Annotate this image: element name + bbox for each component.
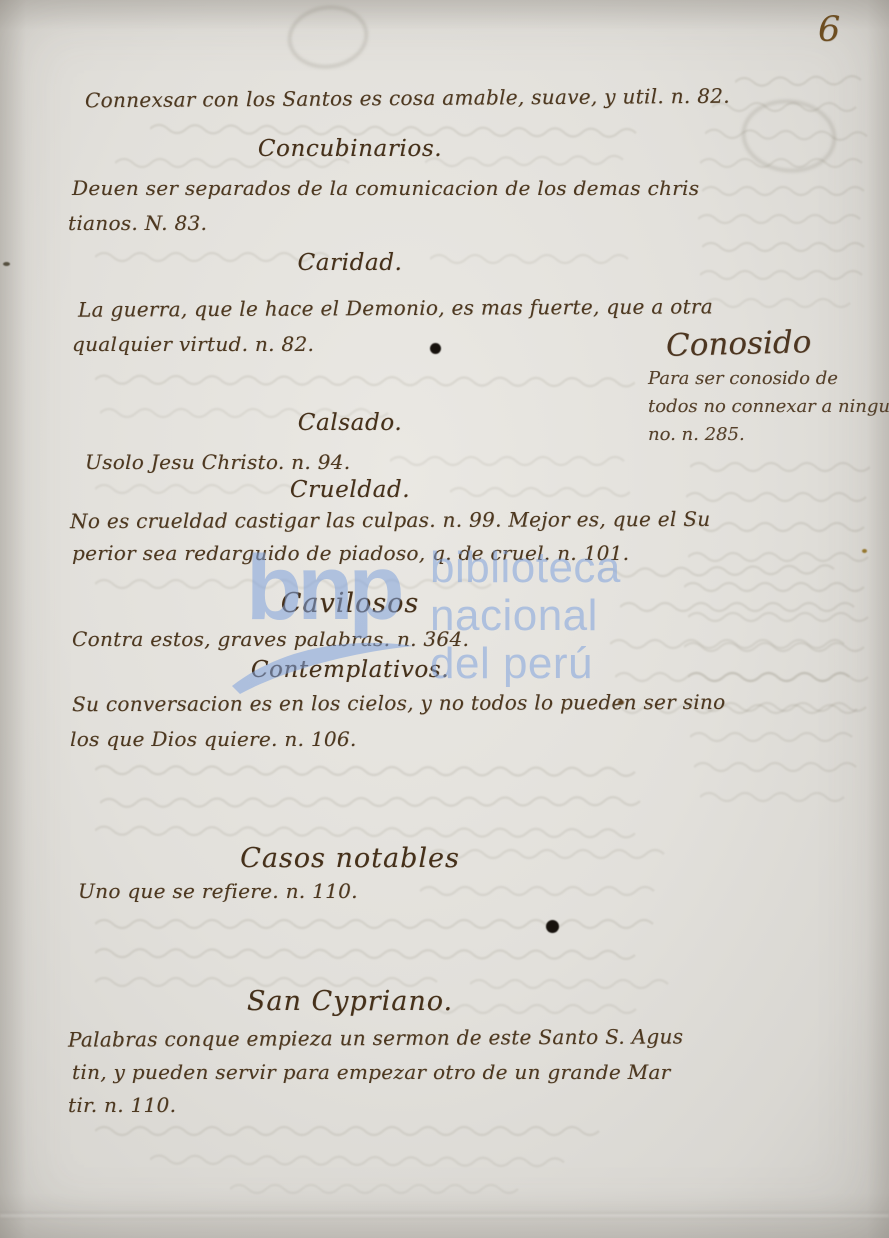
bleed-through-line <box>95 761 650 781</box>
bleed-through-line <box>100 792 650 812</box>
bleed-through-line <box>702 182 872 200</box>
paper-speck <box>618 700 624 705</box>
paper-speck <box>862 549 867 553</box>
bleed-through-line <box>712 98 872 116</box>
bleed-through-line <box>420 882 670 900</box>
bleed-through-line <box>700 154 870 172</box>
bleed-through-line <box>705 125 873 146</box>
bleed-through-line <box>684 578 872 596</box>
bleed-through-line <box>688 668 870 686</box>
bleed-through-line <box>230 1180 530 1198</box>
margin-note-heading: Conosido <box>666 324 812 364</box>
bleed-through-ornament <box>284 1 372 74</box>
ink-dot <box>430 343 441 354</box>
bleed-through-line <box>95 371 635 392</box>
bleed-through-line <box>684 638 872 656</box>
manuscript-line: los que Dios quiere. n. 106. <box>70 727 357 751</box>
manuscript-line: Usolo Jesu Christo. n. 94. <box>85 450 350 474</box>
paper-crease <box>0 1212 889 1219</box>
section-heading: Crueldad. <box>60 477 640 503</box>
manuscript-line: tir. n. 110. <box>68 1093 176 1117</box>
manuscript-line: qualquier virtud. n. 82. <box>72 332 314 356</box>
bleed-through-line <box>95 915 655 933</box>
bleed-through-line <box>390 452 630 470</box>
manuscript-line: La guerra, que le hace el Demonio, es ma… <box>78 294 713 321</box>
manuscript-line: tin, y pueden servir para empezar otro d… <box>72 1060 671 1084</box>
bleed-through-line <box>95 944 650 964</box>
manuscript-line: Contra estos, graves palabras. n. 364. <box>72 627 469 651</box>
manuscript-line: perior sea redarguido de piadoso, q. de … <box>72 541 629 565</box>
section-heading: Casos notables <box>60 843 640 874</box>
manuscript-line: No es crueldad castigar las culpas. n. 9… <box>70 507 710 533</box>
section-heading: Cavilosos <box>60 588 640 619</box>
bleed-through-line <box>700 266 865 284</box>
section-heading: San Cypriano. <box>60 986 640 1017</box>
manuscript-line: Palabras conque empieza un sermon de est… <box>68 1024 683 1051</box>
manuscript-line: Deuen ser separados de la comunicacion d… <box>72 176 699 200</box>
manuscript-line: Su conversacion es en los cielos, y no t… <box>72 690 726 716</box>
bleed-through-line <box>688 608 872 626</box>
bleed-through-line <box>684 518 872 536</box>
section-heading: Concubinarios. <box>60 136 640 162</box>
bleed-through-line <box>698 210 870 228</box>
section-heading: Caridad. <box>60 250 640 276</box>
bleed-through-line <box>688 548 872 566</box>
section-heading: Calsado. <box>60 410 640 436</box>
page-number: 6 <box>818 10 840 50</box>
bleed-through-line <box>702 238 870 256</box>
bleed-through-line <box>95 822 640 843</box>
bleed-through-line <box>694 758 866 776</box>
manuscript-line: tianos. N. 83. <box>68 211 207 235</box>
section-heading: Contemplativos. <box>60 657 640 683</box>
bleed-through-line <box>735 71 870 91</box>
manuscript-page: 6 Connexsar con los Santos es cosa amabl… <box>0 0 889 1238</box>
ink-dot <box>546 920 559 933</box>
bleed-through-line <box>686 488 871 506</box>
margin-note-line: todos no connexar a ningu <box>648 396 889 417</box>
margin-note-line: no. n. 285. <box>648 424 745 445</box>
bleed-through-line <box>690 728 868 746</box>
manuscript-line: Connexsar con los Santos es cosa amable,… <box>85 84 730 113</box>
manuscript-line: Uno que se refiere. n. 110. <box>78 879 358 903</box>
bleed-through-line <box>706 294 856 312</box>
bleed-through-line <box>95 1122 615 1140</box>
paper-speck <box>3 262 10 266</box>
bleed-through-line <box>700 788 860 806</box>
bleed-through-line <box>690 458 870 476</box>
bleed-through-line <box>150 1150 580 1171</box>
margin-note-line: Para ser conosido de <box>648 368 838 389</box>
